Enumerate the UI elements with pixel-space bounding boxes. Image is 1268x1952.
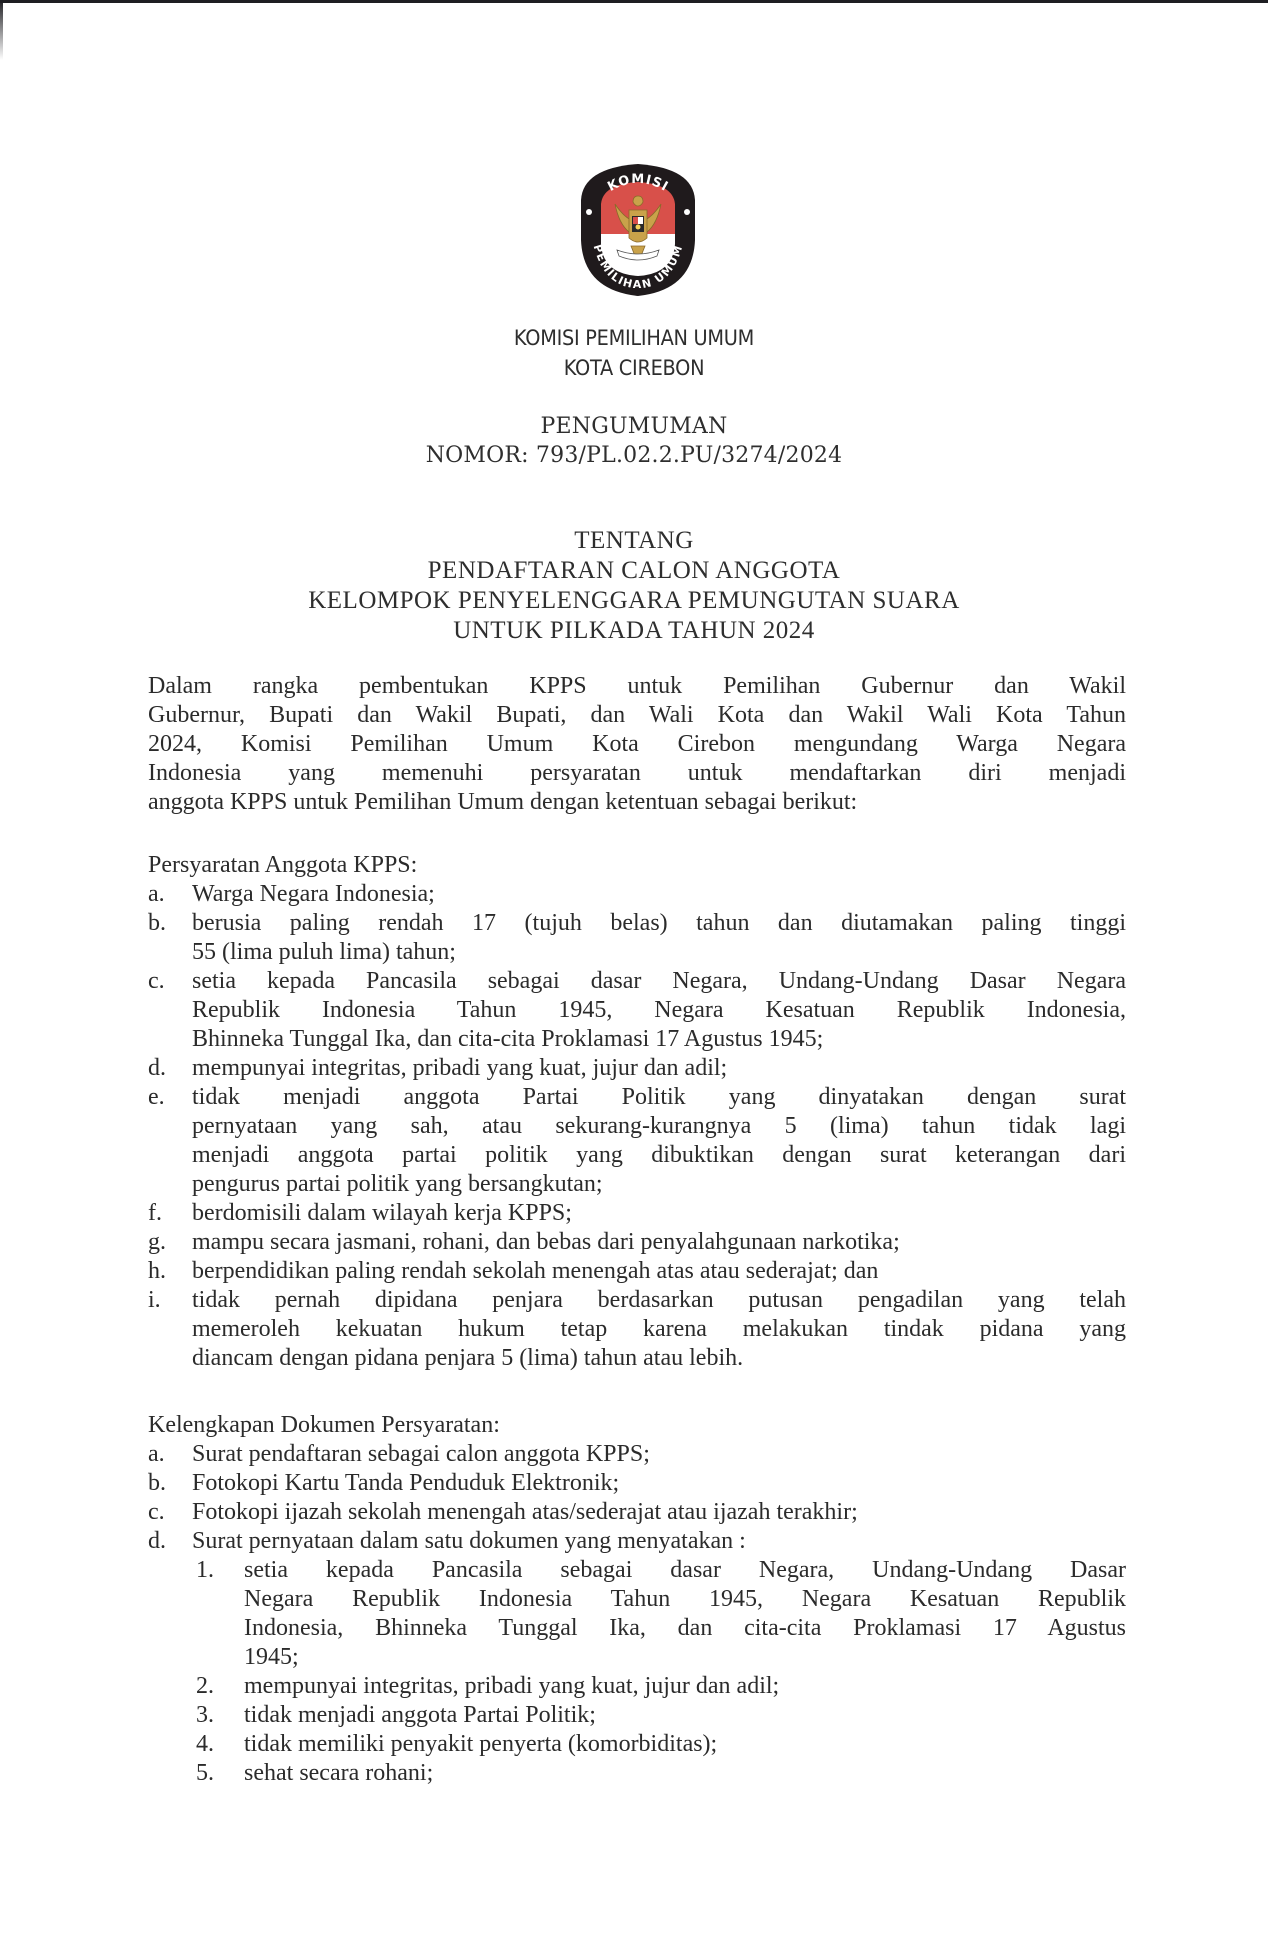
list-item-line: tidak menjadi anggota Partai Politik; [244, 1701, 1126, 1730]
list-item-line: Fotokopi Kartu Tanda Penduduk Elektronik… [192, 1469, 1126, 1498]
institution-city: KOTA CIREBON [51, 356, 1218, 380]
list-marker: b. [148, 909, 192, 938]
statement-item: 1.setia kepada Pancasila sebagai dasar N… [196, 1556, 1126, 1672]
intro-line: 2024, Komisi Pemilihan Umum Kota Cirebon… [148, 730, 1126, 759]
list-item-text: berdomisili dalam wilayah kerja KPPS; [192, 1199, 1126, 1228]
requirement-item: c.setia kepada Pancasila sebagai dasar N… [148, 967, 1126, 1054]
scan-edge-top [0, 0, 1268, 3]
list-item-line: 1945; [244, 1643, 1126, 1672]
intro-line: Indonesia yang memenuhi persyaratan untu… [148, 759, 1126, 788]
requirements-title: Persyaratan Anggota KPPS: [148, 851, 1126, 880]
list-marker: b. [148, 1469, 192, 1498]
document-item: b.Fotokopi Kartu Tanda Penduduk Elektron… [148, 1469, 1126, 1498]
list-item-text: Fotokopi ijazah sekolah menengah atas/se… [192, 1498, 1126, 1527]
intro-paragraph: Dalam rangka pembentukan KPPS untuk Pemi… [148, 672, 1126, 817]
document-item: c.Fotokopi ijazah sekolah menengah atas/… [148, 1498, 1126, 1527]
list-item-text: tidak pernah dipidana penjara berdasarka… [192, 1286, 1126, 1373]
list-marker: 3. [196, 1701, 244, 1730]
list-item-line: berusia paling rendah 17 (tujuh belas) t… [192, 909, 1126, 938]
list-item-line: mampu secara jasmani, rohani, dan bebas … [192, 1228, 1126, 1257]
documents-list: a.Surat pendaftaran sebagai calon anggot… [148, 1440, 1126, 1556]
list-item-text: setia kepada Pancasila sebagai dasar Neg… [244, 1556, 1126, 1672]
list-item-text: Warga Negara Indonesia; [192, 880, 1126, 909]
list-item-text: berpendidikan paling rendah sekolah mene… [192, 1257, 1126, 1286]
list-item-line: Warga Negara Indonesia; [192, 880, 1126, 909]
list-marker: e. [148, 1083, 192, 1112]
documents-title: Kelengkapan Dokumen Persyaratan: [148, 1411, 1126, 1440]
list-item-text: Surat pendaftaran sebagai calon anggota … [192, 1440, 1126, 1469]
list-item-line: mempunyai integritas, pribadi yang kuat,… [192, 1054, 1126, 1083]
list-item-text: mempunyai integritas, pribadi yang kuat,… [244, 1672, 1126, 1701]
list-item-line: tidak pernah dipidana penjara berdasarka… [192, 1286, 1126, 1315]
list-item-line: tidak menjadi anggota Partai Politik yan… [192, 1083, 1126, 1112]
list-item-line: sehat secara rohani; [244, 1759, 1126, 1788]
list-marker: 4. [196, 1730, 244, 1759]
document-number: NOMOR: 793/PL.02.2.PU/3274/2024 [0, 443, 1268, 468]
intro-line: Gubernur, Bupati dan Wakil Bupati, dan W… [148, 701, 1126, 730]
list-marker: f. [148, 1199, 192, 1228]
list-marker: a. [148, 1440, 192, 1469]
requirement-item: g.mampu secara jasmani, rohani, dan beba… [148, 1228, 1126, 1257]
list-item-line: pengurus partai politik yang bersangkuta… [192, 1170, 1126, 1199]
list-marker: a. [148, 880, 192, 909]
list-item-text: tidak menjadi anggota Partai Politik; [244, 1701, 1126, 1730]
about-label: TENTANG [0, 527, 1268, 555]
list-item-line: pernyataan yang sah, atau sekurang-kuran… [192, 1112, 1126, 1141]
list-item-text: sehat secara rohani; [244, 1759, 1126, 1788]
list-item-text: tidak memiliki penyakit penyerta (komorb… [244, 1730, 1126, 1759]
list-marker: g. [148, 1228, 192, 1257]
list-item-line: Surat pernyataan dalam satu dokumen yang… [192, 1527, 1126, 1556]
document-item: a.Surat pendaftaran sebagai calon anggot… [148, 1440, 1126, 1469]
statement-list: 1.setia kepada Pancasila sebagai dasar N… [196, 1556, 1126, 1788]
list-item-line: Surat pendaftaran sebagai calon anggota … [192, 1440, 1126, 1469]
list-item-line: setia kepada Pancasila sebagai dasar Neg… [244, 1556, 1126, 1585]
list-marker: 5. [196, 1759, 244, 1788]
statement-item: 4.tidak memiliki penyakit penyerta (komo… [196, 1730, 1126, 1759]
list-item-line: memeroleh kekuatan hukum tetap karena me… [192, 1315, 1126, 1344]
kpu-logo: KOMISI PEMILIHAN UMUM [571, 160, 705, 300]
list-item-line: berdomisili dalam wilayah kerja KPPS; [192, 1199, 1126, 1228]
list-item-line: 55 (lima puluh lima) tahun; [192, 938, 1126, 967]
institution-name: KOMISI PEMILIHAN UMUM [51, 326, 1218, 350]
list-item-text: tidak menjadi anggota Partai Politik yan… [192, 1083, 1126, 1199]
list-item-line: menjadi anggota partai politik yang dibu… [192, 1141, 1126, 1170]
requirement-item: a.Warga Negara Indonesia; [148, 880, 1126, 909]
subject-line-1: PENDAFTARAN CALON ANGGOTA [0, 557, 1268, 585]
requirements-list: a.Warga Negara Indonesia;b.berusia palin… [148, 880, 1126, 1373]
list-item-line: Bhinneka Tunggal Ika, dan cita-cita Prok… [192, 1025, 1126, 1054]
list-item-line: Fotokopi ijazah sekolah menengah atas/se… [192, 1498, 1126, 1527]
list-marker: d. [148, 1054, 192, 1083]
list-marker: 1. [196, 1556, 244, 1585]
list-item-text: berusia paling rendah 17 (tujuh belas) t… [192, 909, 1126, 967]
documents-section: Kelengkapan Dokumen Persyaratan: a.Surat… [148, 1411, 1126, 1788]
list-item-text: mempunyai integritas, pribadi yang kuat,… [192, 1054, 1126, 1083]
list-item-text: setia kepada Pancasila sebagai dasar Neg… [192, 967, 1126, 1054]
list-item-line: berpendidikan paling rendah sekolah mene… [192, 1257, 1126, 1286]
requirement-item: i.tidak pernah dipidana penjara berdasar… [148, 1286, 1126, 1373]
list-item-line: tidak memiliki penyakit penyerta (komorb… [244, 1730, 1126, 1759]
document-item: d.Surat pernyataan dalam satu dokumen ya… [148, 1527, 1126, 1556]
list-item-line: Indonesia, Bhinneka Tunggal Ika, dan cit… [244, 1614, 1126, 1643]
kpu-emblem-icon: KOMISI PEMILIHAN UMUM [571, 160, 705, 300]
requirement-item: d.mempunyai integritas, pribadi yang kua… [148, 1054, 1126, 1083]
list-item-text: Fotokopi Kartu Tanda Penduduk Elektronik… [192, 1469, 1126, 1498]
requirement-item: e.tidak menjadi anggota Partai Politik y… [148, 1083, 1126, 1199]
list-item-text: mampu secara jasmani, rohani, dan bebas … [192, 1228, 1126, 1257]
requirement-item: b.berusia paling rendah 17 (tujuh belas)… [148, 909, 1126, 967]
statement-item: 3.tidak menjadi anggota Partai Politik; [196, 1701, 1126, 1730]
list-item-line: Republik Indonesia Tahun 1945, Negara Ke… [192, 996, 1126, 1025]
list-marker: d. [148, 1527, 192, 1556]
subject-line-3: UNTUK PILKADA TAHUN 2024 [0, 617, 1268, 645]
requirement-item: h.berpendidikan paling rendah sekolah me… [148, 1257, 1126, 1286]
list-item-line: mempunyai integritas, pribadi yang kuat,… [244, 1672, 1126, 1701]
document-type: PENGUMUMAN [0, 414, 1268, 439]
list-marker: c. [148, 967, 192, 996]
list-marker: c. [148, 1498, 192, 1527]
requirements-section: Persyaratan Anggota KPPS: a.Warga Negara… [148, 851, 1126, 1373]
list-item-line: diancam dengan pidana penjara 5 (lima) t… [192, 1344, 1126, 1373]
intro-line: Dalam rangka pembentukan KPPS untuk Pemi… [148, 672, 1126, 701]
scan-edge-left [0, 0, 3, 60]
list-item-line: setia kepada Pancasila sebagai dasar Neg… [192, 967, 1126, 996]
intro-line: anggota KPPS untuk Pemilihan Umum dengan… [148, 788, 1126, 817]
list-item-text: Surat pernyataan dalam satu dokumen yang… [192, 1527, 1126, 1556]
list-marker: h. [148, 1257, 192, 1286]
list-marker: i. [148, 1286, 192, 1315]
subject-line-2: KELOMPOK PENYELENGGARA PEMUNGUTAN SUARA [0, 587, 1268, 615]
statement-item: 5.sehat secara rohani; [196, 1759, 1126, 1788]
list-marker: 2. [196, 1672, 244, 1701]
requirement-item: f.berdomisili dalam wilayah kerja KPPS; [148, 1199, 1126, 1228]
statement-item: 2.mempunyai integritas, pribadi yang kua… [196, 1672, 1126, 1701]
list-item-line: Negara Republik Indonesia Tahun 1945, Ne… [244, 1585, 1126, 1614]
